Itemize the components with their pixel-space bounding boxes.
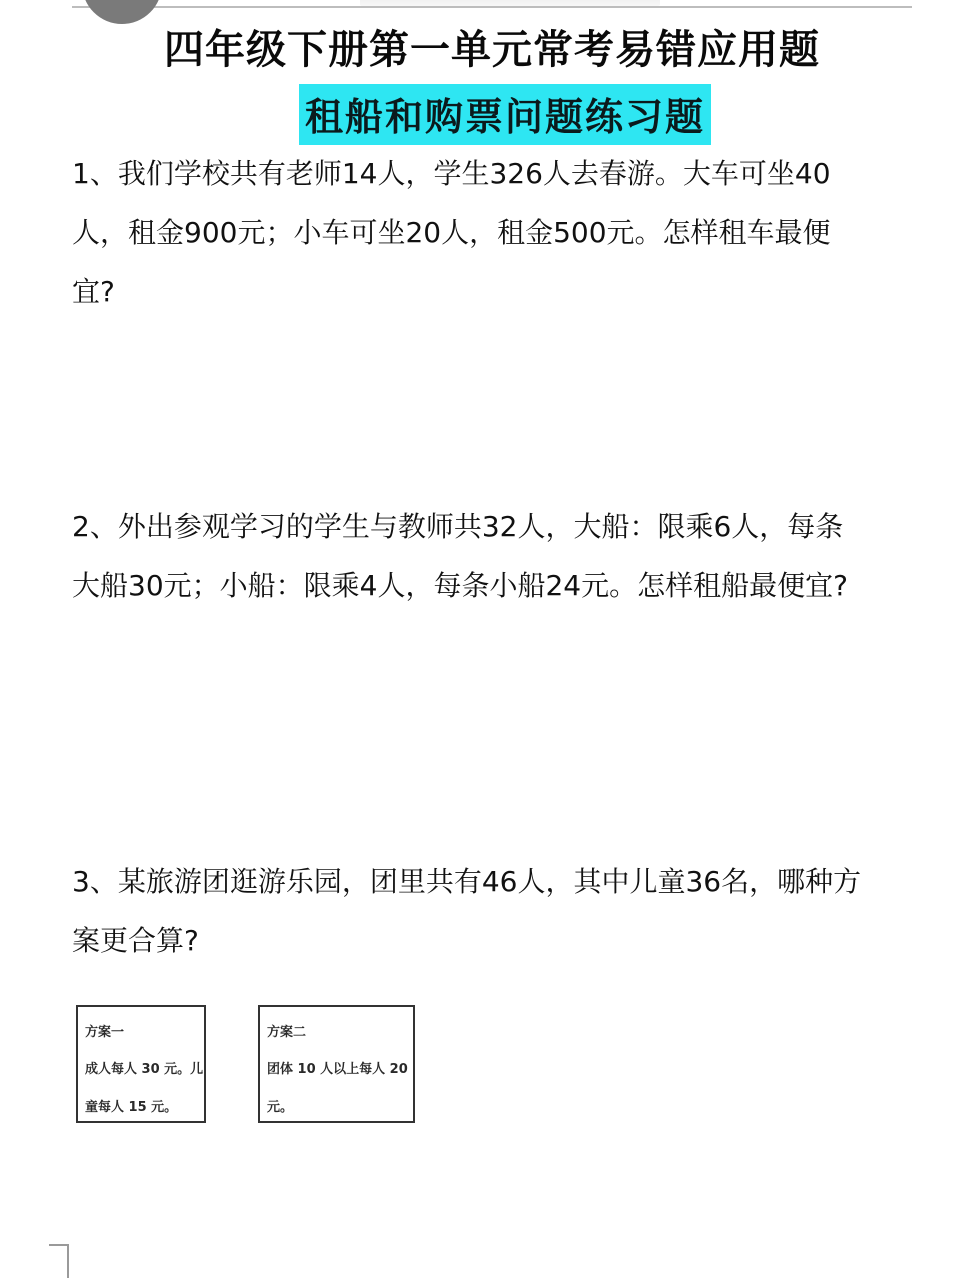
plan-one-line-2: 童每人 15 元。 [85, 1098, 198, 1117]
plan-two-line-2: 元。 [267, 1098, 407, 1117]
document-title: 四年级下册第一单元常考易错应用题 [0, 18, 960, 75]
question-1: 1、我们学校共有老师14人，学生326人去春游。大车可坐40人，租金900元；小… [72, 144, 862, 321]
question-2: 2、外出参观学习的学生与教师共32人，大船：限乘6人，每条大船30元；小船：限乘… [72, 497, 862, 615]
subtitle-container: 租船和购票问题练习题 [0, 84, 960, 145]
plan-two-title: 方案二 [267, 1023, 407, 1042]
header-divider [72, 6, 912, 8]
plan-two-line-1: 团体 10 人以上每人 20 [267, 1060, 407, 1079]
plan-two-box: 方案二 团体 10 人以上每人 20 元。 [258, 1005, 415, 1123]
plan-one-title: 方案一 [85, 1023, 198, 1042]
question-3: 3、某旅游团逛游乐园，团里共有46人，其中儿童36名，哪种方案更合算? [72, 852, 862, 970]
plan-one-box: 方案一 成人每人 30 元。儿 童每人 15 元。 [76, 1005, 206, 1123]
corner-crop-mark-icon [49, 1244, 69, 1278]
plan-one-line-1: 成人每人 30 元。儿 [85, 1060, 198, 1079]
document-subtitle-highlighted: 租船和购票问题练习题 [299, 84, 711, 145]
